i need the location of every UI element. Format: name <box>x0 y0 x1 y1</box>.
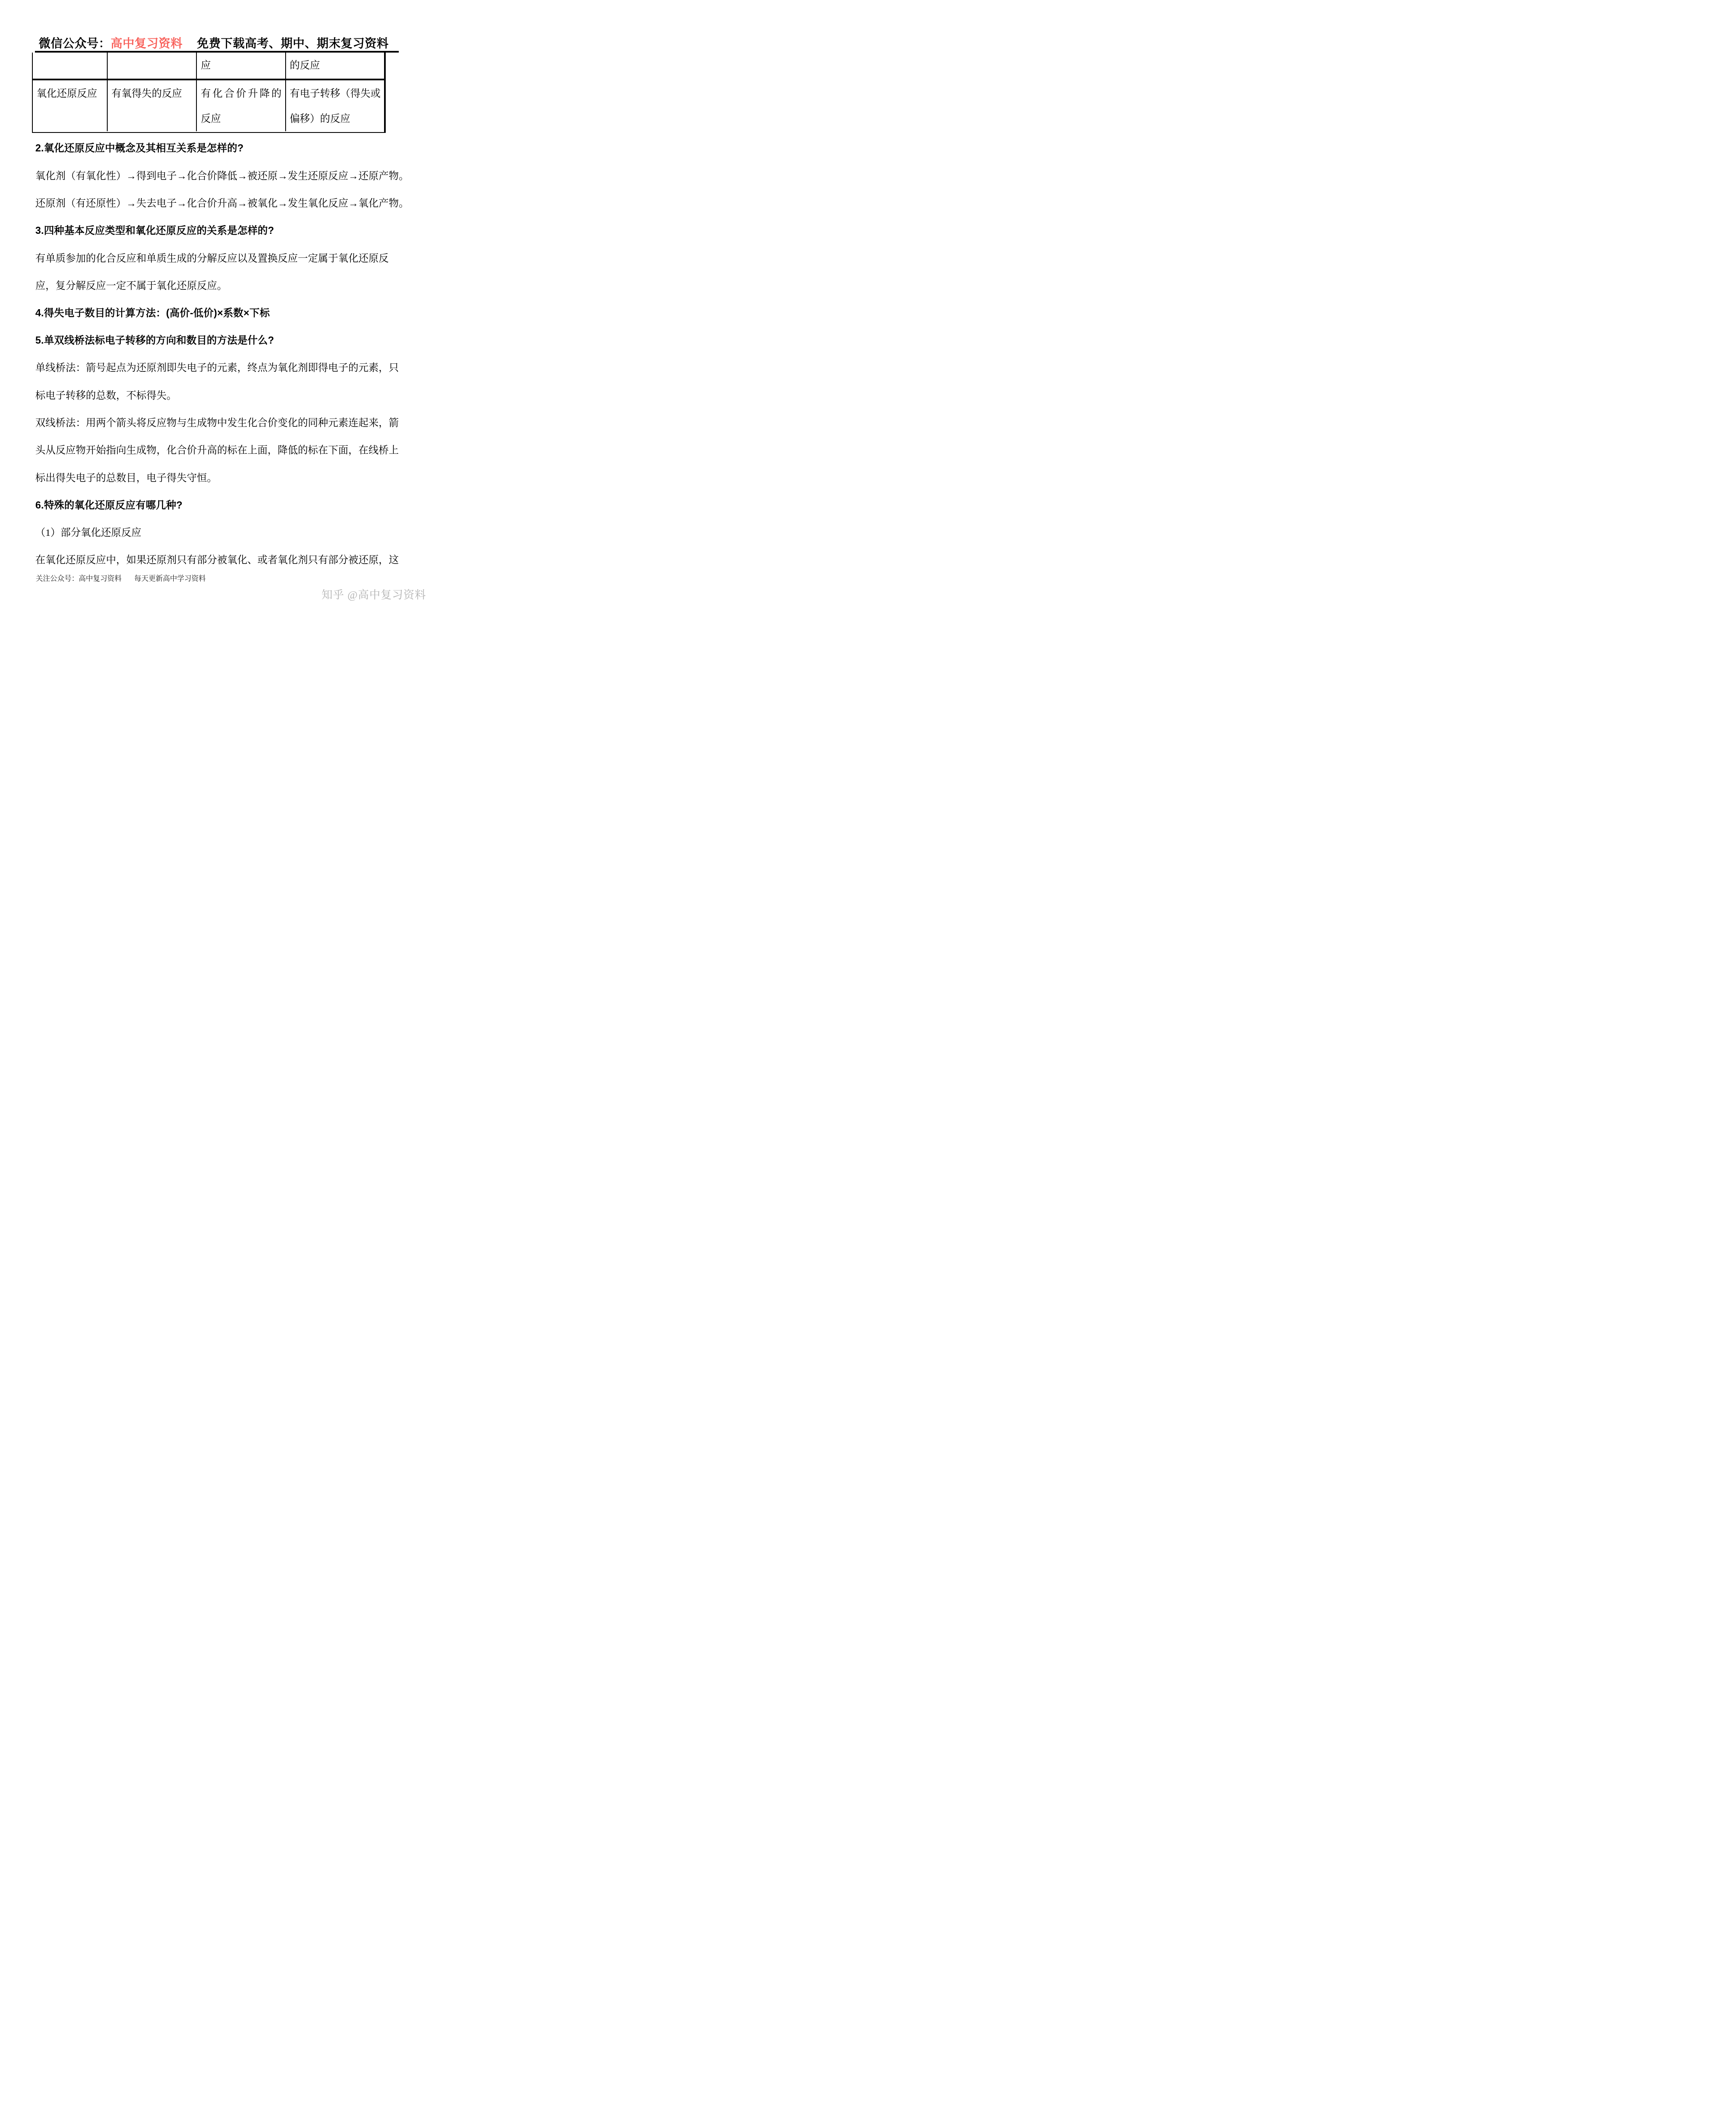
question-heading-3: 3.四种基本反应类型和氧化还原反应的关系是怎样的? <box>35 225 400 237</box>
table-row: 应 的反应 <box>33 53 384 80</box>
text-line: 标出得失电子的总数目，电子得失守恒。 <box>35 472 400 485</box>
footer-note: 关注公众号：高中复习资料每天更新高中学习资料 <box>36 574 206 584</box>
table-cell <box>33 53 108 79</box>
text-line-oxidant-chain: 氧化剂（有氧化性）→得到电子→化合价降低→被还原→发生还原反应→还原产物。 <box>35 170 400 183</box>
text-line: 双线桥法：用两个箭头将反应物与生成物中发生化合价变化的同种元素连起来，箭 <box>35 417 400 429</box>
text-line: 单线桥法：箭号起点为还原剂即失电子的元素，终点为氧化剂即得电子的元素，只 <box>35 362 400 374</box>
table-cell: 应 <box>197 53 286 79</box>
cell-line: 氧化还原反应 <box>37 81 103 106</box>
footer-update-note: 每天更新高中学习资料 <box>134 575 206 583</box>
question-heading-5: 5.单双线桥法标电子转移的方向和数目的方法是什么? <box>35 334 400 347</box>
question-heading-6: 6.特殊的氧化还原反应有哪几种? <box>35 499 400 512</box>
table-cell <box>108 53 197 79</box>
table-cell: 氧化还原反应 <box>33 80 108 131</box>
text-line: 有单质参加的化合反应和单质生成的分解反应以及置换反应一定属于氧化还原反 <box>35 252 400 265</box>
table-cell: 有氧得失的反应 <box>108 80 197 131</box>
header-banner: 微信公众号：高中复习资料免费下载高考、期中、期末复习资料 <box>39 36 400 50</box>
header-wechat-label: 微信公众号： <box>39 34 111 51</box>
cell-line: 有电子转移（得失或 <box>290 81 381 106</box>
footer-account: 关注公众号：高中复习资料 <box>36 575 122 583</box>
table-cell: 有电子转移（得失或 偏移）的反应 <box>286 80 384 131</box>
table-row: 氧化还原反应 有氧得失的反应 有化合价升降的 反应 有电子转移（得失或 偏移）的… <box>33 80 384 131</box>
document-page: 微信公众号：高中复习资料免费下载高考、期中、期末复习资料 应 的反应 氧化还原反… <box>0 0 434 613</box>
header-account-name: 高中复习资料 <box>111 34 183 51</box>
cell-line: 偏移）的反应 <box>290 106 381 131</box>
text-line: 应，复分解反应一定不属于氧化还原反应。 <box>35 280 400 292</box>
table-cell: 的反应 <box>286 53 384 79</box>
redox-table: 应 的反应 氧化还原反应 有氧得失的反应 有化合价升降的 反应 有电子转移（得失… <box>32 53 386 133</box>
text-line: 头从反应物开始指向生成物，化合价升高的标在上面，降低的标在下面，在线桥上 <box>35 444 400 457</box>
cell-line: 反应 <box>201 106 281 131</box>
question-heading-2: 2.氧化还原反应中概念及其相互关系是怎样的? <box>35 142 400 155</box>
zhihu-watermark: 知乎 @高中复习资料 <box>322 588 426 602</box>
text-line-reductant-chain: 还原剂（有还原性）→失去电子→化合价升高→被氧化→发生氧化反应→氧化产物。 <box>35 197 400 210</box>
table-cell: 有化合价升降的 反应 <box>197 80 286 131</box>
cell-line: 有氧得失的反应 <box>111 81 193 106</box>
text-line: 标电子转移的总数，不标得失。 <box>35 389 400 402</box>
text-line: 在氧化还原反应中，如果还原剂只有部分被氧化、或者氧化剂只有部分被还原，这 <box>35 554 400 567</box>
question-heading-4: 4.得失电子数目的计算方法：(高价-低价)×系数×下标 <box>35 307 400 320</box>
header-promo: 免费下载高考、期中、期末复习资料 <box>197 34 389 51</box>
cell-line: 有化合价升降的 <box>201 81 281 106</box>
text-line: （1）部分氧化还原反应 <box>35 527 400 539</box>
